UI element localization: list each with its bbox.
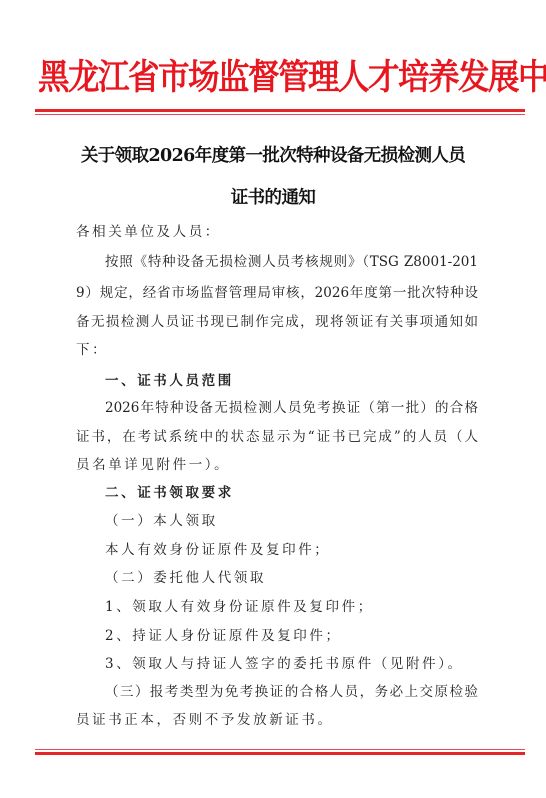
document-title-line-1: 关于领取2026年度第一批次特种设备无损检测人员 [0,142,546,167]
subsection-3-line-2: 员证书正本，否则不予发放新证书。 [76,710,478,730]
section-1-line-2: 证书，在考试系统中的状态显示为“证书已完成”的人员（人 [76,427,478,447]
footer-rule-thin [35,749,525,751]
subsection-2-item-1: 1、领取人有效身份证原件及复印件； [105,597,478,617]
section-1-line-3: 员名单详见附件一）。 [76,455,478,475]
subsection-3-line-1: （三）报考类型为免考换证的合格人员，务必上交原检验 [105,682,478,702]
subsection-2-item-3: 3、领取人与持证人签字的委托书原件（见附件）。 [105,654,478,674]
intro-line-3: 备无损检测人员证书现已制作完成，现将领证有关事项通知如 [76,312,478,332]
section-1-line-1: 2026年特种设备无损检测人员免考换证（第一批）的合格 [105,398,478,418]
salutation: 各相关单位及人员： [76,222,478,242]
footer-rule-thick [35,752,525,755]
subsection-1-text: 本人有效身份证原件及复印件； [105,540,478,560]
intro-line-4: 下： [76,340,478,360]
letterhead-rule-thick [35,109,525,112]
organization-letterhead: 黑龙江省市场监督管理人才培养发展中心 [38,53,524,102]
subsection-2-heading: （二）委托他人代领取 [105,568,478,588]
section-2-heading: 二、证书领取要求 [105,483,478,503]
subsection-1-heading: （一）本人领取 [105,511,478,531]
section-1-heading: 一、证书人员范围 [105,371,478,391]
letterhead-rule-thin [35,114,525,116]
document-title-line-2: 证书的通知 [0,184,546,209]
intro-line-2: 9）规定，经省市场监督管理局审核，2026年度第一批次特种设 [76,283,478,303]
subsection-2-item-2: 2、持证人身份证原件及复印件； [105,626,478,646]
intro-line-1: 按照《特种设备无损检测人员考核规则》（TSG Z8001-201 [105,252,478,272]
